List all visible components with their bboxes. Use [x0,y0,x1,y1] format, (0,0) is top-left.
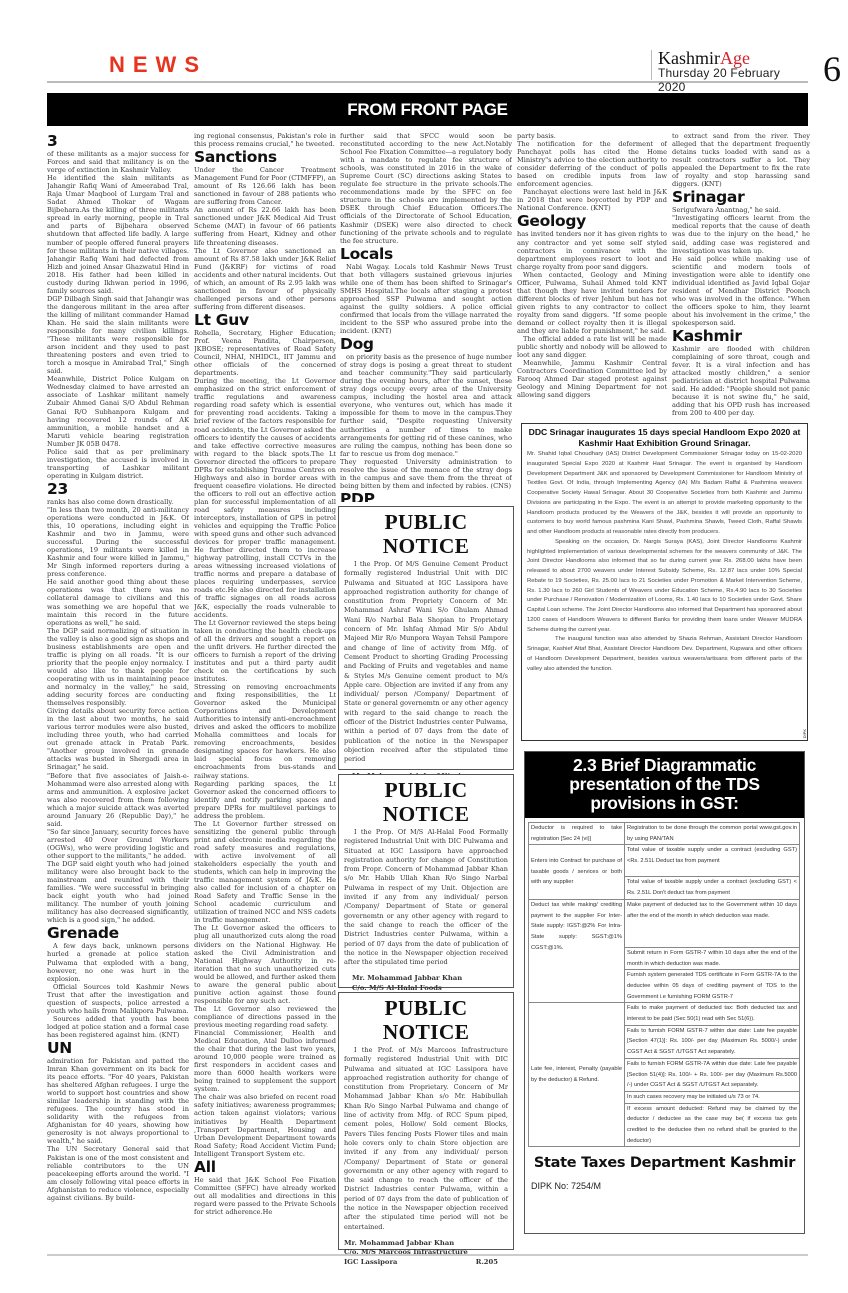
paragraph: Panchayat elections were last held in J&… [517,188,667,212]
table-cell: Fails to furnish FORM GSTR-7A within due… [625,1058,800,1091]
paragraph: Giving details about security force acti… [47,707,189,771]
table-cell: Deductor is required to take registratio… [529,823,625,845]
paragraph: DGP Dilbagh Singh said that Jahangir was… [47,295,189,375]
table-row: Deduct tax while making/ crediting payme… [529,899,800,947]
paragraph: Financial Commissioner, Health and Medic… [194,1029,336,1093]
notice-ref: R.205 [476,1258,498,1268]
paragraph: Police said that as per preliminary inve… [47,448,189,480]
signatory-name: Mr. Mohammad Jabbar Khan [352,974,508,984]
story-heading: Lt Guv [194,312,336,329]
page-number: 6 [823,48,841,90]
advertiser-name: State Taxes Department Kashmir [525,1155,804,1171]
paragraph: "Investigating officers learnt from the … [672,214,810,254]
notice-title: PUBLIC NOTICE [344,778,508,826]
paragraph: He said that J&K School Fee Fixation Com… [194,1176,336,1216]
column-2: ing regional consensus, Pakistan's role … [194,132,336,1250]
paragraph: He said police while making use of scien… [672,255,810,327]
paragraph: The Lt Governor also sanctioned an amoun… [194,247,336,311]
paragraph: During the meeting, the Lt Governor emph… [194,377,336,618]
paragraph: has invited tenders nor it has given rig… [517,230,667,270]
paragraph: Regarding parking spaces, the Lt Governo… [194,780,336,820]
paragraph: An amount of Rs 22.66 lakh has been sanc… [194,206,336,246]
section-label: NEWS [109,52,207,78]
column-3: further said that SFCC would soon be rec… [340,132,512,502]
table-row: Deductor is required to take registratio… [529,823,800,845]
paragraph: Sources added that youth has been lodged… [47,1015,189,1039]
paragraph: The Lt Governor further stressed on sens… [194,820,336,925]
paragraph: Meanwhile, District Police Kulgam on Wed… [47,375,189,447]
notice-body: I the Prop. Of M/S Genuine Cement Produc… [344,560,508,765]
signatory-address: IGC Lassipora [344,1258,397,1268]
public-notice: PUBLIC NOTICE I the Prop. Of M/S Genuine… [338,506,514,770]
paragraph: ranks has also come down drastically. [47,498,189,506]
advert-credit: DIPK [802,729,807,738]
paragraph: "Before that five associates of Jaish-e-… [47,772,189,828]
paragraph: The chair was also briefed on recent roa… [194,1093,336,1157]
brand-logo: KashmirAge [658,50,808,66]
page-bottom-rule [47,1254,808,1256]
notice-title: PUBLIC NOTICE [344,996,508,1044]
paragraph: The DGP said normalizing of situation in… [47,627,189,707]
paragraph: on priority basis as the presence of hug… [340,353,512,458]
paragraph: The Lt Governor also reviewed the compli… [194,1005,336,1029]
paragraph: He said another good thing about these o… [47,578,189,626]
gst-tds-advert: 2.3 Brief Diagrammatic presentation of t… [524,751,805,1234]
paragraph: "In less than two month, 20 anti-militan… [47,506,189,578]
section-banner: FROM FRONT PAGE [47,93,808,126]
table-cell: If excess amount deducted: Refund may be… [625,1103,800,1147]
paragraph: They requested University administration… [340,458,512,490]
paragraph: Nabi Wagay. Locals told Kashmir News Tru… [340,263,512,335]
story-heading: Srinagar [672,189,810,206]
column-1: 3 of these militants as a major success … [47,132,189,1250]
column-5: to extract sand from the river. They all… [672,132,810,422]
table-cell: Fails to furnish FORM GSTR-7 within due … [625,1025,800,1058]
paragraph: Official Sources told Kashmir News Trust… [47,983,189,1015]
table-cell: Fails to make payment of deducted tax: B… [625,1003,800,1025]
table-cell: In such cases recovery may be initiated … [625,1091,800,1103]
story-heading: Kashmir [672,328,810,345]
table-cell: Furnish system generated TDS certificate… [625,970,800,1003]
table-cell: Total value of taxable supply under a co… [625,845,800,877]
paragraph: party basis. [517,132,667,140]
table-cell: Total value of taxable supply under a co… [625,877,800,899]
story-heading: All [194,1159,336,1176]
paragraph: The inaugural function was also attended… [527,635,802,674]
story-heading: 23 [47,481,189,498]
story-heading: 3 [47,133,189,150]
paragraph: The Lt Governor asked the officers to pl… [194,924,336,1004]
table-cell: Make payment of deducted tax to the Gove… [625,899,800,947]
paragraph: of these militants as a major success fo… [47,150,189,174]
tds-provisions-table: Deductor is required to take registratio… [528,822,800,1147]
notice-body: I the Prof. of M/s Marcoos Infrastructur… [344,1046,508,1232]
table-cell: Deduct tax while making/ crediting payme… [529,899,625,1003]
handloom-expo-advert: DDC Srinagar inaugurates 15 days special… [521,423,808,741]
paragraph: Under the Cancer Treatment Management Fu… [194,166,336,206]
paragraph: The Lt Governor reviewed the steps being… [194,619,336,683]
story-heading: Geology [517,213,667,230]
issue-date: Thursday 20 February 2020 [658,66,808,94]
story-heading: UN [47,1040,189,1057]
paragraph: further said that SFCC would soon be rec… [340,132,512,245]
advert-body: Mr. Shahid Iqbal Choudhary (IAS) Distric… [527,450,802,674]
paragraph: ing regional consensus, Pakistan's role … [194,132,336,148]
story-heading: Sanctions [194,149,336,166]
advert-title: DDC Srinagar inaugurates 15 days special… [527,427,802,449]
brand-accent: Age [720,48,750,68]
paragraph: "So far since January, security forces h… [47,828,189,860]
paragraph: Speaking on the occasion, Dr. Nargis Sur… [527,538,802,636]
table-cell: Late fee, interest, Penalty (payable by … [529,1003,625,1147]
paragraph: to extract sand from the river. They all… [672,132,810,188]
column-4: party basis. The notification for the de… [517,132,667,422]
story-heading: Locals [340,246,512,263]
signatory-name: Mr. Mohammad Jabbar Khan [344,1239,508,1249]
brand-block: KashmirAge Thursday 20 February 2020 [651,50,808,80]
paragraph: Rohella, Secretary, Higher Education; Pr… [194,329,336,377]
paragraph: Mr. Shahid Iqbal Choudhary (IAS) Distric… [527,450,802,538]
paragraph: Kashmir are flooded with children compla… [672,345,810,417]
story-heading: PDP [340,491,512,502]
brand-main: Kashmir [658,48,720,68]
paragraph: A few days back, unknown persons hurled … [47,942,189,982]
dipk-number: DIPK No: 7254/M [531,1181,804,1191]
paragraph: Meanwhile, Jammu Kashmir Central Contrac… [517,359,667,399]
notice-title: PUBLIC NOTICE [344,510,508,558]
story-heading: Grenade [47,925,189,942]
public-notice: PUBLIC NOTICE I the Prop. Of M/S Al-Hala… [338,774,514,988]
table-cell: Submit return in Form GSTR-7 within 10 d… [625,947,800,969]
paragraph: The UN Secretary General said that Pakis… [47,1145,189,1201]
paragraph: The notification for the deferment of Pa… [517,140,667,188]
paragraph: He identified the slain militants as Jah… [47,174,189,295]
public-notice: PUBLIC NOTICE I the Prof. of M/s Marcoos… [338,992,514,1250]
advert-title: 2.3 Brief Diagrammatic presentation of t… [525,752,804,818]
table-cell: Registration to be done through the comm… [625,823,800,845]
table-cell: Enters into Contract for purchase of tax… [529,845,625,899]
masthead: NEWS KashmirAge Thursday 20 February 202… [47,50,808,83]
notice-body: I the Prop. Of M/S Al-Halal Food Formall… [344,828,508,967]
paragraph: Stressing on removing encroachments and … [194,683,336,780]
paragraph: Serigufwara Anantnag," he said. [672,206,810,214]
story-heading: Dog [340,336,512,353]
paragraph: When contacted, Geology and Mining Offic… [517,271,667,335]
paragraph: The DGP said eight youth who had joined … [47,860,189,924]
table-row: Enters into Contract for purchase of tax… [529,845,800,877]
table-row: Late fee, interest, Penalty (payable by … [529,1003,800,1025]
paragraph: The official added a rate list will be m… [517,335,667,359]
paragraph: admiration for Pakistan and patted the I… [47,1057,189,1146]
